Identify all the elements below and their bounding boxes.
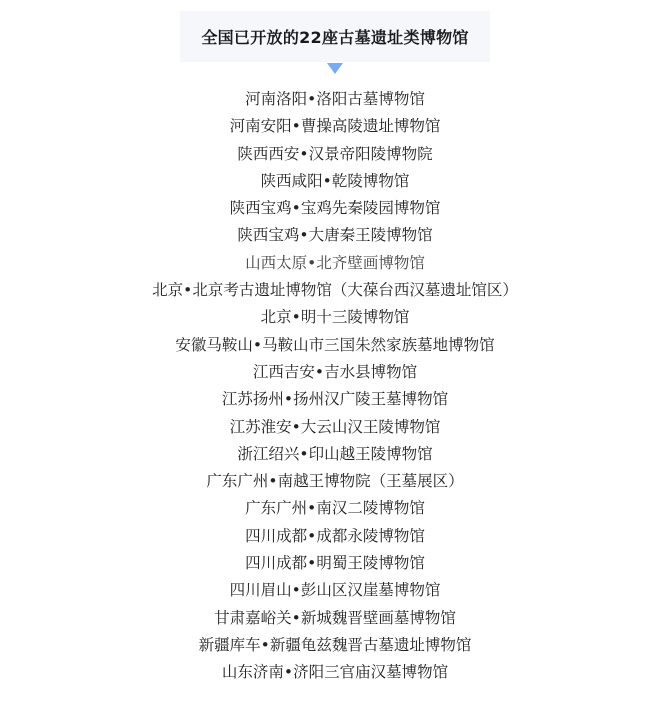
list-item: 甘肃嘉峪关•新城魏晋壁画墓博物馆 (0, 605, 649, 632)
list-item: 安徽马鞍山•马鞍山市三国朱然家族墓地博物馆 (0, 332, 649, 359)
list-item: 江苏淮安•大云山汉王陵博物馆 (0, 414, 649, 441)
list-item: 浙江绍兴•印山越王陵博物馆 (0, 441, 649, 468)
list-item: 新疆库车•新疆龟兹魏晋古墓遗址博物馆 (0, 632, 649, 659)
list-item: 四川眉山•彭山区汉崖墓博物馆 (0, 577, 649, 604)
list-item: 四川成都•成都永陵博物馆 (0, 523, 649, 550)
list-item: 陕西宝鸡•宝鸡先秦陵园博物馆 (0, 195, 649, 222)
list-item: 陕西西安•汉景帝阳陵博物院 (0, 141, 649, 168)
museum-list: 河南洛阳•洛阳古墓博物馆 河南安阳•曹操高陵遗址博物馆 陕西西安•汉景帝阳陵博物… (0, 86, 649, 687)
list-item: 北京•明十三陵博物馆 (0, 304, 649, 331)
list-item: 北京•北京考古遗址博物馆（大葆台西汉墓遗址馆区） (0, 277, 649, 304)
list-item: 江苏扬州•扬州汉广陵王墓博物馆 (0, 386, 649, 413)
list-item: 陕西咸阳•乾陵博物馆 (0, 168, 649, 195)
list-item: 广东广州•南越王博物院（王墓展区） (0, 468, 649, 495)
list-item: 河南安阳•曹操高陵遗址博物馆 (0, 113, 649, 140)
list-item: 四川成都•明蜀王陵博物馆 (0, 550, 649, 577)
header-box: 全国已开放的22座古墓遗址类博物馆 (180, 11, 490, 62)
list-item: 江西吉安•吉水县博物馆 (0, 359, 649, 386)
list-item: 山东济南•济阳三官庙汉墓博物馆 (0, 659, 649, 686)
arrow-down-icon (327, 63, 343, 74)
list-item: 陕西宝鸡•大唐秦王陵博物馆 (0, 222, 649, 249)
list-item: 河南洛阳•洛阳古墓博物馆 (0, 86, 649, 113)
list-item: 广东广州•南汉二陵博物馆 (0, 495, 649, 522)
page-title: 全国已开放的22座古墓遗址类博物馆 (201, 25, 468, 48)
list-item: 山西太原•北齐壁画博物馆 (0, 250, 649, 277)
